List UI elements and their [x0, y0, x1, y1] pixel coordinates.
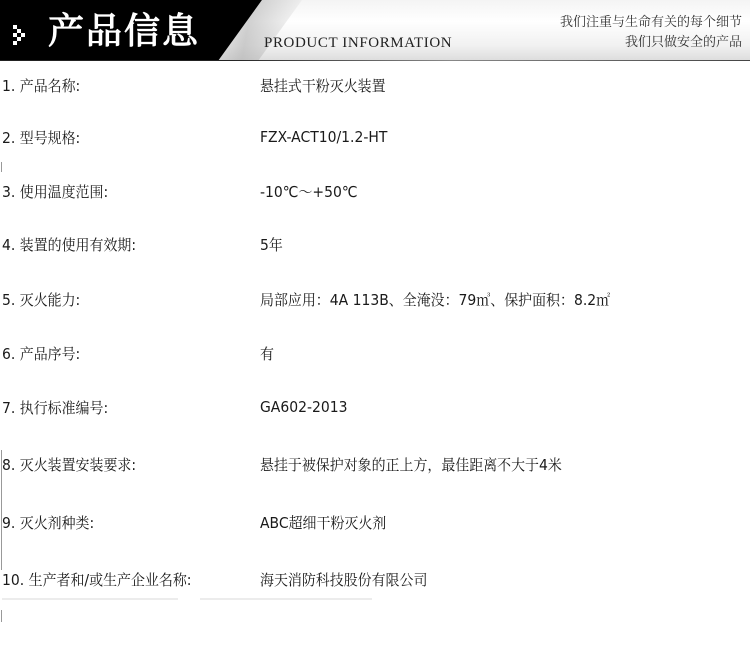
- spec-row-manufacturer: 10. 生产者和/或生产企业名称: 海天消防科技股份有限公司: [0, 564, 750, 594]
- slogan-line-1: 我们注重与生命有关的每个细节: [560, 13, 742, 33]
- section-title: 产品信息: [48, 8, 200, 54]
- spec-label: 8. 灭火装置安装要求:: [2, 454, 136, 475]
- edge-tick: [1, 450, 2, 570]
- spec-value: FZX-ACT10/1.2-HT: [260, 128, 387, 146]
- spec-label: 4. 装置的使用有效期:: [2, 234, 136, 255]
- spec-value: ABC超细干粉灭火剂: [260, 512, 386, 533]
- spec-label: 7. 执行标准编号:: [2, 397, 108, 418]
- spec-row-agent: 9. 灭火剂种类: ABC超细干粉灭火剂: [0, 507, 750, 537]
- spec-label: 3. 使用温度范围:: [2, 181, 108, 202]
- spec-row-standard: 7. 执行标准编号: GA602-2013: [0, 392, 750, 422]
- slogan: 我们注重与生命有关的每个细节 我们只做安全的产品: [560, 13, 742, 53]
- spec-value: 悬挂式干粉灭火装置: [260, 75, 386, 96]
- edge-tick: [1, 610, 2, 622]
- spec-value: 5年: [260, 234, 283, 255]
- spec-row-serial: 6. 产品序号: 有: [0, 338, 750, 368]
- spec-value: 局部应用：4A 113B、全淹没：79㎥、保护面积：8.2㎡: [260, 289, 610, 310]
- chevron-right-icon: [13, 25, 33, 45]
- spec-value: 有: [260, 343, 274, 364]
- spec-value: 悬挂于被保护对象的正上方，最佳距离不大于4米: [260, 454, 562, 475]
- spec-label: 1. 产品名称:: [2, 75, 80, 96]
- spec-value: GA602-2013: [260, 398, 348, 416]
- edge-tick: [1, 162, 2, 172]
- slogan-line-2: 我们只做安全的产品: [560, 33, 742, 53]
- spec-row-model: 2. 型号规格: FZX-ACT10/1.2-HT: [0, 122, 750, 152]
- spec-label: 9. 灭火剂种类:: [2, 512, 94, 533]
- spec-value: -10℃～+50℃: [260, 181, 358, 202]
- spec-row-product-name: 1. 产品名称: 悬挂式干粉灭火装置: [0, 70, 750, 100]
- spec-label: 5. 灭火能力:: [2, 289, 80, 310]
- faint-rule: [2, 598, 178, 600]
- spec-row-installation: 8. 灭火装置安装要求: 悬挂于被保护对象的正上方，最佳距离不大于4米: [0, 449, 750, 479]
- product-info-header: 产品信息 PRODUCT INFORMATION 我们注重与生命有关的每个细节 …: [0, 0, 750, 61]
- spec-row-capacity: 5. 灭火能力: 局部应用：4A 113B、全淹没：79㎥、保护面积：8.2㎡: [0, 284, 750, 314]
- section-subtitle: PRODUCT INFORMATION: [264, 35, 452, 52]
- spec-label: 10. 生产者和/或生产企业名称:: [2, 569, 191, 590]
- faint-rule: [200, 598, 372, 600]
- spec-row-validity: 4. 装置的使用有效期: 5年: [0, 229, 750, 259]
- spec-label: 6. 产品序号:: [2, 343, 80, 364]
- spec-row-temperature: 3. 使用温度范围: -10℃～+50℃: [0, 176, 750, 206]
- header-divider: [0, 60, 750, 61]
- spec-value: 海天消防科技股份有限公司: [260, 569, 427, 590]
- spec-label: 2. 型号规格:: [2, 127, 80, 148]
